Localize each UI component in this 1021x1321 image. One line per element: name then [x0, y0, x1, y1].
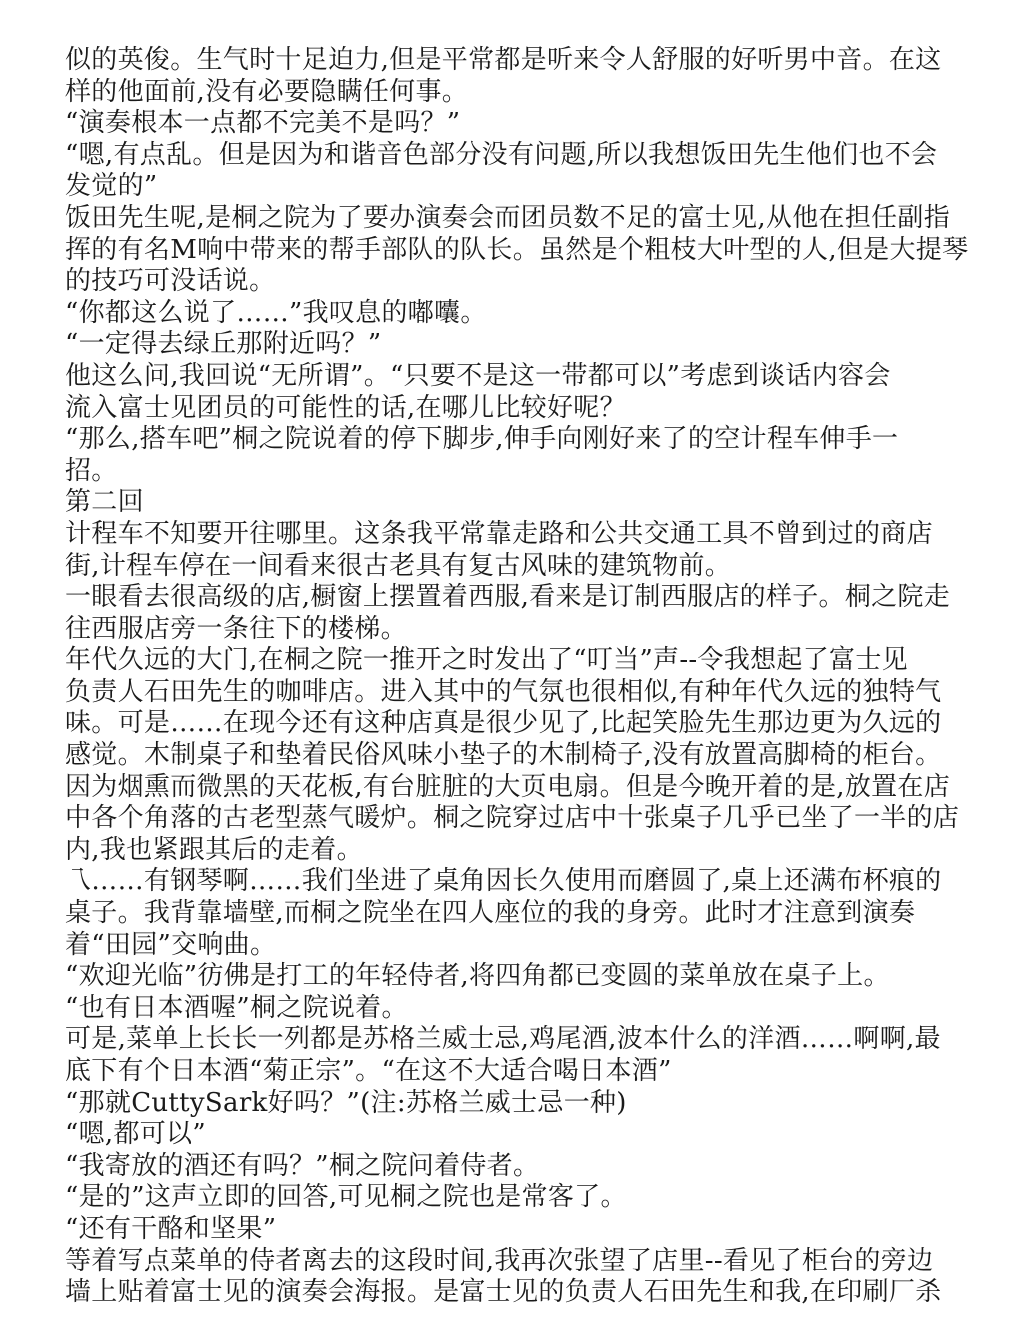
text-line: “欢迎光临”彷佛是打工的年轻侍者,将四角都已变圆的菜单放在桌子上。	[65, 961, 965, 993]
text-line: 往西服店旁一条往下的楼梯。	[65, 614, 965, 646]
text-line: “我寄放的酒还有吗？”桐之院问着侍者。	[65, 1151, 965, 1183]
text-line: 负责人石田先生的咖啡店。进入其中的气氛也很相似,有种年代久远的独特气	[65, 677, 965, 709]
document-page: 似的英俊。生气时十足迫力,但是平常都是听来令人舒服的好听男中音。在这样的他面前,…	[65, 45, 965, 1309]
text-line: “嗯,都可以”	[65, 1119, 965, 1151]
text-line: 似的英俊。生气时十足迫力,但是平常都是听来令人舒服的好听男中音。在这	[65, 45, 965, 77]
text-line: 饭田先生呢,是桐之院为了要办演奏会而团员数不足的富士见,从他在担任副指	[65, 203, 965, 235]
text-line: 墙上贴着富士见的演奏会海报。是富士见的负责人石田先生和我,在印刷厂杀	[65, 1277, 965, 1309]
text-line: 一眼看去很高级的店,橱窗上摆置着西服,看来是订制西服店的样子。桐之院走	[65, 582, 965, 614]
text-line: 的技巧可没话说。	[65, 266, 965, 298]
text-line: 内,我也紧跟其后的走着。	[65, 835, 965, 867]
text-line: 因为烟熏而微黑的天花板,有台脏脏的大页电扇。但是今晚开着的是,放置在店	[65, 772, 965, 804]
text-line: “演奏根本一点都不完美不是吗？”	[65, 108, 965, 140]
text-line: 味。可是……在现今还有这种店真是很少见了,比起笑脸先生那边更为久远的	[65, 708, 965, 740]
text-line: 样的他面前,没有必要隐瞒任何事。	[65, 77, 965, 109]
text-line: “也有日本酒喔”桐之院说着。	[65, 993, 965, 1025]
text-line: 桌子。我背靠墙壁,而桐之院坐在四人座位的我的身旁。此时才注意到演奏	[65, 898, 965, 930]
text-line: 乁……有钢琴啊……我们坐进了桌角因长久使用而磨圆了,桌上还满布杯痕的	[65, 866, 965, 898]
text-line: 第二回	[65, 487, 965, 519]
text-line: 招。	[65, 456, 965, 488]
text-line: 中各个角落的古老型蒸气暖炉。桐之院穿过店中十张桌子几乎已坐了一半的店	[65, 803, 965, 835]
text-line: 年代久远的大门,在桐之院一推开之时发出了“叮当”声--令我想起了富士见	[65, 645, 965, 677]
text-line: 街,计程车停在一间看来很古老具有复古风味的建筑物前。	[65, 551, 965, 583]
text-line: 底下有个日本酒“菊正宗”。“在这不大适合喝日本酒”	[65, 1056, 965, 1088]
text-line: 挥的有名M响中带来的帮手部队的队长。虽然是个粗枝大叶型的人,但是大提琴	[65, 235, 965, 267]
text-line: 发觉的”	[65, 171, 965, 203]
text-line: “是的”这声立即的回答,可见桐之院也是常客了。	[65, 1182, 965, 1214]
text-line: “嗯,有点乱。但是因为和谐音色部分没有问题,所以我想饭田先生他们也不会	[65, 140, 965, 172]
text-line: 感觉。木制桌子和垫着民俗风味小垫子的木制椅子,没有放置高脚椅的柜台。	[65, 740, 965, 772]
text-line: 他这么问,我回说“无所谓”。“只要不是这一带都可以”考虑到谈话内容会	[65, 361, 965, 393]
text-line: 计程车不知要开往哪里。这条我平常靠走路和公共交通工具不曾到过的商店	[65, 519, 965, 551]
text-line: 流入富士见团员的可能性的话,在哪儿比较好呢？	[65, 393, 965, 425]
text-line: “你都这么说了……”我叹息的嘟囔。	[65, 298, 965, 330]
text-line: 可是,菜单上长长一列都是苏格兰威士忌,鸡尾酒,波本什么的洋酒……啊啊,最	[65, 1024, 965, 1056]
text-line: 着“田园”交响曲。	[65, 930, 965, 962]
text-line: “一定得去绿丘那附近吗？”	[65, 329, 965, 361]
text-line: “还有干酪和坚果”	[65, 1214, 965, 1246]
text-line: 等着写点菜单的侍者离去的这段时间,我再次张望了店里--看见了柜台的旁边	[65, 1246, 965, 1278]
text-line: “那就CuttySark好吗？”(注:苏格兰威士忌一种)	[65, 1088, 965, 1120]
text-line: “那么,搭车吧”桐之院说着的停下脚步,伸手向刚好来了的空计程车伸手一	[65, 424, 965, 456]
